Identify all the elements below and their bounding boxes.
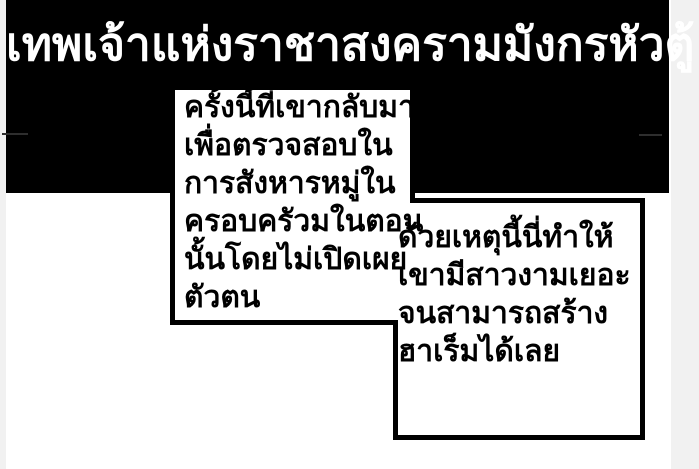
panel-seam-left	[2, 133, 28, 135]
bubble-2-line-4: ฮาเร็มได้เลย	[398, 333, 650, 371]
bubble-1-line-6: ตัวตน	[184, 279, 412, 317]
speech-bubble-2-border-top	[410, 198, 645, 203]
speech-bubble-2-text: ด้วยเหตุนี้นี่ทำให้ เขามีสาวงามเยอะ จนสา…	[398, 219, 650, 371]
bubble-2-line-3: จนสามารถสร้าง	[398, 295, 650, 333]
bubble-2-line-1: ด้วยเหตุนี้นี่ทำให้	[398, 219, 650, 257]
bubble-1-line-5: นั้นโดยไม่เปิดเผย	[184, 241, 412, 279]
comic-page: เทพเจ้าแห่งราชาสงครามมังกรหัวตู้ ครั้งนี…	[0, 0, 699, 469]
speech-bubble-1-text: ครั้งนี้ที่เขากลับมา เพื่อตรวจสอบใน การส…	[184, 89, 412, 317]
bubble-1-line-1: ครั้งนี้ที่เขากลับมา	[184, 89, 412, 127]
speech-bubble-1-border-bottom	[170, 320, 398, 325]
chapter-title: เทพเจ้าแห่งราชาสงครามมังกรหัวตู้	[6, 14, 669, 74]
bubble-2-line-2: เขามีสาวงามเยอะ	[398, 257, 650, 295]
speech-bubble-2-border-bottom	[393, 435, 645, 440]
speech-bubble-1-border-left	[170, 85, 175, 325]
panel-seam-right	[639, 134, 662, 136]
bubble-1-line-3: การสังหารหมู่ใน	[184, 165, 412, 203]
bubble-1-line-2: เพื่อตรวจสอบใน	[184, 127, 412, 165]
bubble-1-line-4: ครอบครัวมในตอน	[184, 203, 412, 241]
